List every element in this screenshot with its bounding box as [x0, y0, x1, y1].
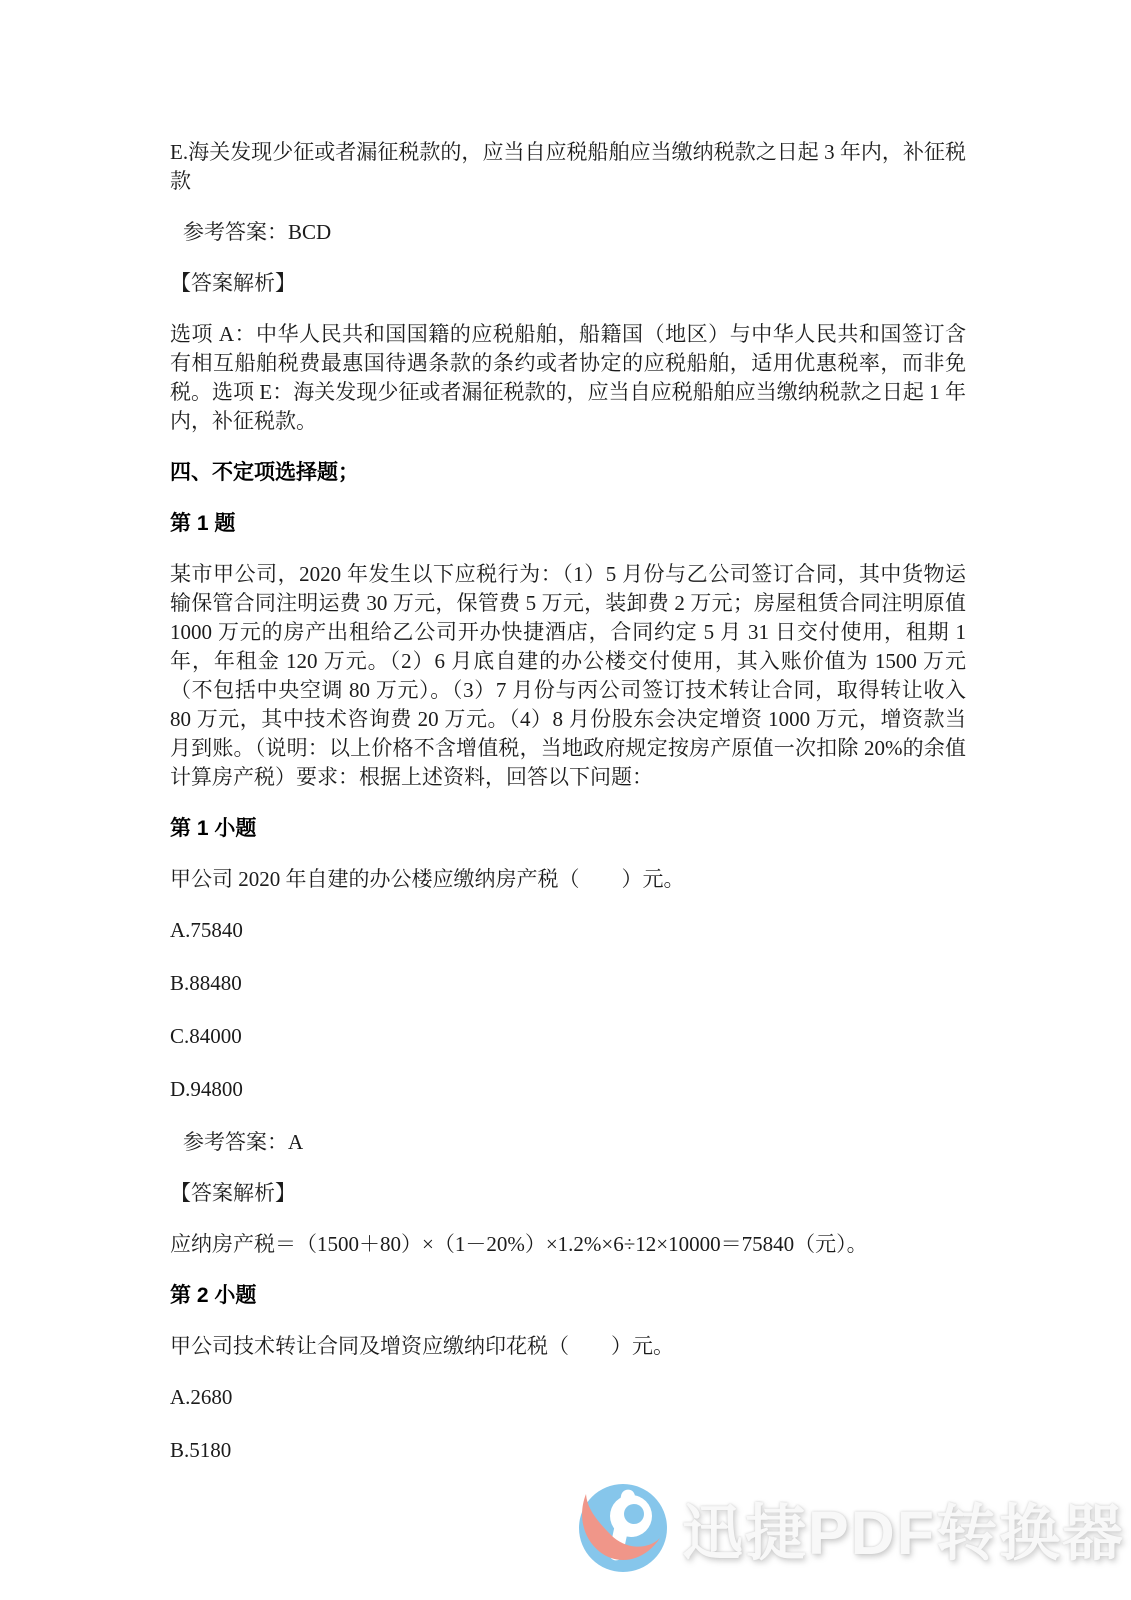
sub1-option-d: D.94800	[170, 1075, 966, 1104]
sub1-option-c: C.84000	[170, 1022, 966, 1051]
logo-p-ring-hole	[624, 1504, 644, 1524]
analysis-formula: 应纳房产税＝（1500＋80）×（1－20%）×1.2%×6÷12×10000＝…	[170, 1230, 966, 1259]
sub-question-2-heading: 第 2 小题	[170, 1281, 966, 1310]
sub2-option-a: A.2680	[170, 1383, 966, 1412]
section-heading: 四、不定项选择题；	[170, 458, 966, 487]
analysis-label-1: 【答案解析】	[170, 269, 966, 298]
sub1-option-a: A.75840	[170, 916, 966, 945]
question-1-heading: 第 1 题	[170, 509, 966, 538]
sub1-option-b: B.88480	[170, 969, 966, 998]
sub-question-1-text: 甲公司 2020 年自建的办公楼应缴纳房产税（ ）元。	[170, 865, 966, 894]
question-1-stem: 某市甲公司，2020 年发生以下应税行为：（1）5 月份与乙公司签订合同，其中货…	[170, 560, 966, 792]
logo-p-stem	[608, 1488, 637, 1561]
option-e-line: E.海关发现少征或者漏征税款的，应当自应税船舶应当缴纳税款之日起 3 年内，补征…	[170, 138, 966, 196]
analysis-text-1: 选项 A：中华人民共和国国籍的应税船舶，船籍国（地区）与中华人民共和国签订含有相…	[170, 320, 966, 436]
pdf-document-page: E.海关发现少征或者漏征税款的，应当自应税船舶应当缴纳税款之日起 3 年内，补征…	[0, 0, 1131, 1600]
watermark-brand-text: 迅捷PDF转换器	[682, 1485, 1125, 1572]
analysis-label-2: 【答案解析】	[170, 1179, 966, 1208]
document-text-flow: E.海关发现少征或者漏征税款的，应当自应税船舶应当缴纳税款之日起 3 年内，补征…	[170, 138, 966, 1489]
sub-question-2-text: 甲公司技术转让合同及增资应缴纳印花税（ ）元。	[170, 1332, 966, 1361]
reference-answer-a: 参考答案：A	[170, 1128, 966, 1157]
sub2-option-b: B.5180	[170, 1436, 966, 1465]
logo-p-ring	[610, 1495, 652, 1537]
logo-ribbon-swoosh	[582, 1494, 660, 1560]
pdf-converter-logo-icon	[578, 1482, 668, 1574]
reference-answer-bcd: 参考答案：BCD	[170, 218, 966, 247]
logo-circle	[579, 1484, 667, 1572]
brand-watermark: 迅捷PDF转换器	[578, 1482, 1125, 1574]
sub-question-1-heading: 第 1 小题	[170, 814, 966, 843]
